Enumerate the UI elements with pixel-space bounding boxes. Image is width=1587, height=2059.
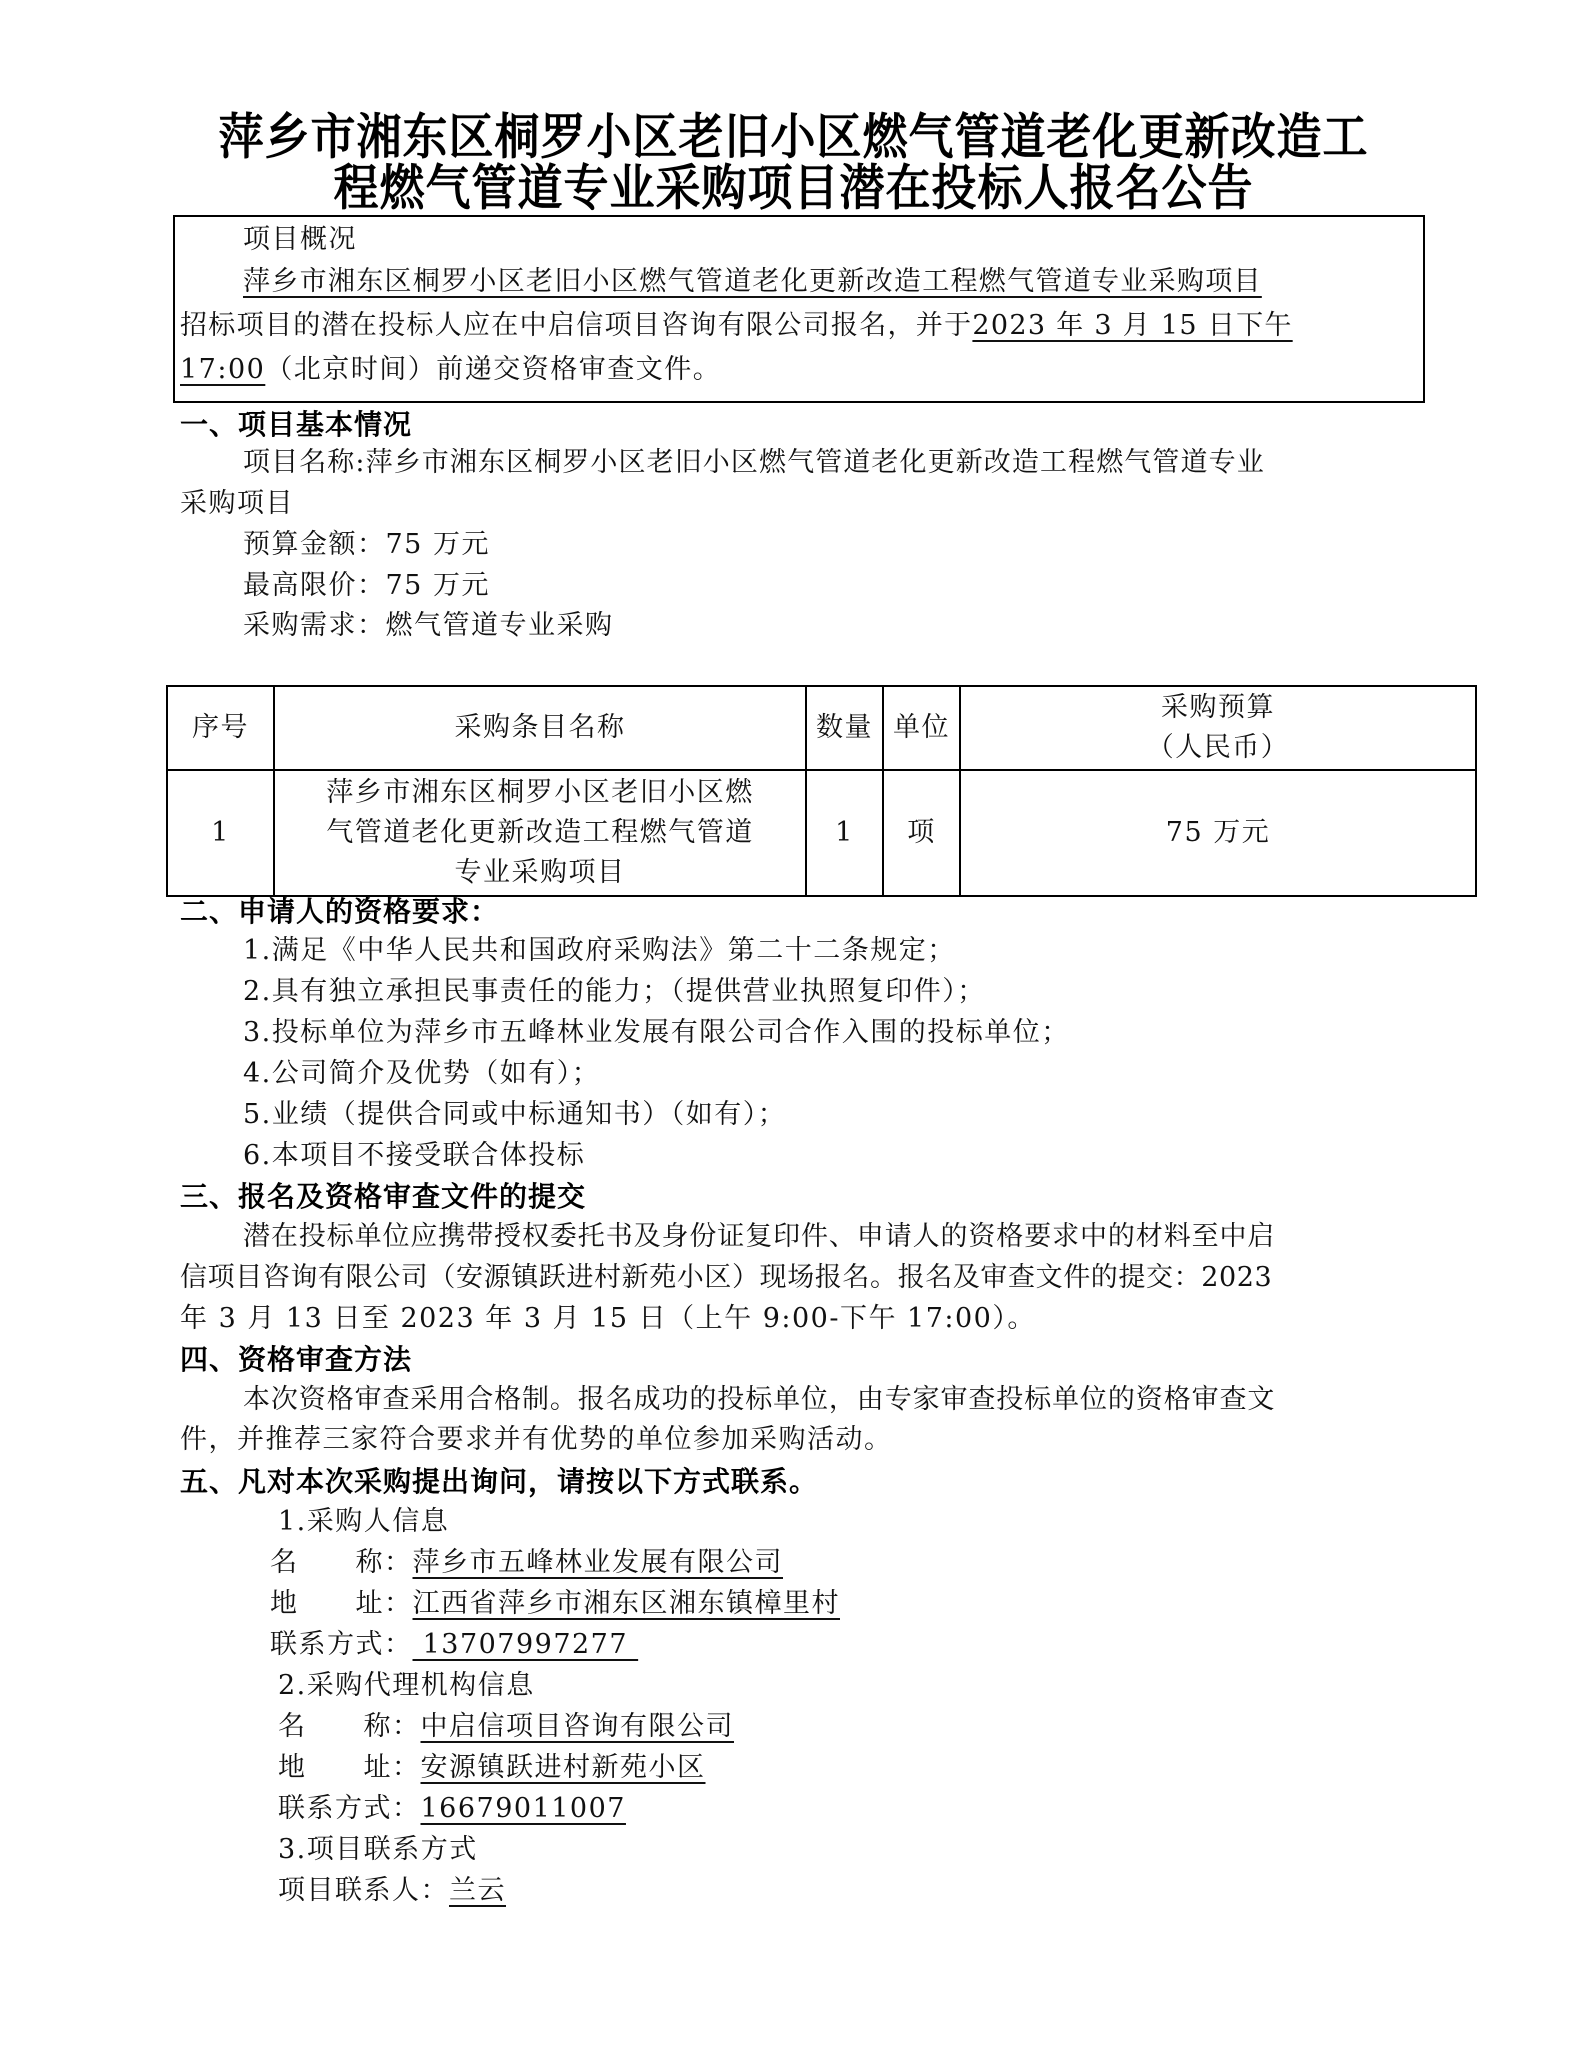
- procurement-demand: 采购需求：燃气管道专业采购: [243, 606, 614, 646]
- agency-info-heading: 2.采购代理机构信息: [278, 1666, 535, 1706]
- overview-deadline-note: （北京时间）前递交资格审查文件。: [265, 354, 721, 385]
- project-name-line-1: 项目名称:萍乡市湘东区桐罗小区老旧小区燃气管道老化更新改造工程燃气管道专业: [243, 443, 1265, 483]
- document-title-line-2: 程燃气管道专业采购项目潜在投标人报名公告: [0, 148, 1587, 218]
- agency-address-label: 地 址：: [278, 1752, 421, 1783]
- agency-address-value: 安源镇跃进村新苑小区: [421, 1752, 706, 1783]
- agency-contact-label: 联系方式：: [278, 1793, 421, 1824]
- purchaser-name-value: 萍乡市五峰林业发展有限公司: [413, 1547, 784, 1578]
- project-name-line-2: 采购项目: [180, 484, 294, 524]
- project-contact-heading: 3.项目联系方式: [278, 1830, 478, 1870]
- overview-line-3: 17:00（北京时间）前递交资格审查文件。: [180, 350, 721, 390]
- max-price: 最高限价：75 万元: [243, 566, 490, 606]
- overview-heading: 项目概况: [243, 220, 357, 260]
- purchaser-address-label: 地 址：: [270, 1588, 413, 1619]
- section-5-heading: 五、凡对本次采购提出询问，请按以下方式联系。: [180, 1460, 818, 1500]
- review-method-line-1: 本次资格审查采用合格制。报名成功的投标单位，由专家审查投标单位的资格审查文: [243, 1380, 1275, 1420]
- overview-line-2: 招标项目的潜在投标人应在中启信项目咨询有限公司报名，并于2023 年 3 月 1…: [180, 306, 1293, 346]
- requirement-2: 2.具有独立承担民事责任的能力；（提供营业执照复印件）；: [243, 972, 986, 1012]
- header-unit: 单位: [883, 686, 960, 770]
- requirement-4: 4.公司简介及优势（如有）；: [243, 1054, 600, 1094]
- purchaser-contact-label: 联系方式：: [270, 1629, 413, 1660]
- cell-quantity: 1: [806, 770, 883, 896]
- purchaser-name-row: 名 称：萍乡市五峰林业发展有限公司: [270, 1543, 783, 1583]
- overview-deadline-time: 17:00: [180, 354, 265, 385]
- agency-phone-value: 16679011007: [421, 1793, 626, 1824]
- cell-item-name-line-3: 专业采购项目: [281, 853, 799, 893]
- header-budget-line-1: 采购预算: [967, 688, 1469, 728]
- procurement-table: 序号 采购条目名称 数量 单位 采购预算 （人民币） 1 萍乡市湘东区桐罗小区老…: [166, 685, 1477, 897]
- header-item-name: 采购条目名称: [274, 686, 806, 770]
- table-row: 1 萍乡市湘东区桐罗小区老旧小区燃 气管道老化更新改造工程燃气管道 专业采购项目…: [167, 770, 1476, 896]
- project-contact-person: 兰云: [449, 1875, 506, 1906]
- requirement-3: 3.投标单位为萍乡市五峰林业发展有限公司合作入围的投标单位；: [243, 1013, 1070, 1053]
- project-contact-label: 项目联系人：: [278, 1875, 449, 1906]
- agency-name-row: 名 称：中启信项目咨询有限公司: [278, 1707, 734, 1747]
- cell-item-name-line-1: 萍乡市湘东区桐罗小区老旧小区燃: [281, 773, 799, 813]
- submission-line-3: 年 3 月 13 日至 2023 年 3 月 15 日（上午 9:00-下午 1…: [180, 1299, 1036, 1339]
- review-method-line-2: 件，并推荐三家符合要求并有优势的单位参加采购活动。: [180, 1420, 893, 1460]
- cell-seq: 1: [167, 770, 274, 896]
- overview-project-name: 萍乡市湘东区桐罗小区老旧小区燃气管道老化更新改造工程燃气管道专业采购项目: [243, 262, 1262, 302]
- agency-name-value: 中启信项目咨询有限公司: [421, 1711, 735, 1742]
- agency-address-row: 地 址：安源镇跃进村新苑小区: [278, 1748, 706, 1788]
- project-contact-row: 项目联系人：兰云: [278, 1871, 506, 1911]
- budget-amount: 预算金额：75 万元: [243, 525, 490, 565]
- header-budget-line-2: （人民币）: [967, 728, 1469, 768]
- purchaser-info-heading: 1.采购人信息: [278, 1502, 449, 1542]
- section-1-heading: 一、项目基本情况: [180, 403, 412, 443]
- overview-registration-text: 招标项目的潜在投标人应在中启信项目咨询有限公司报名，并于: [180, 310, 972, 341]
- submission-line-1: 潜在投标单位应携带授权委托书及身份证复印件、申请人的资格要求中的材料至中启: [243, 1217, 1275, 1257]
- submission-line-2: 信项目咨询有限公司（安源镇跃进村新苑小区）现场报名。报名及审查文件的提交：202…: [180, 1258, 1272, 1298]
- agency-name-label: 名 称：: [278, 1711, 421, 1742]
- requirement-6: 6.本项目不接受联合体投标: [243, 1136, 585, 1176]
- section-3-heading: 三、报名及资格审查文件的提交: [180, 1175, 586, 1215]
- purchaser-name-label: 名 称：: [270, 1547, 413, 1578]
- cell-item-name-line-2: 气管道老化更新改造工程燃气管道: [281, 813, 799, 853]
- cell-unit: 项: [883, 770, 960, 896]
- requirement-1: 1.满足《中华人民共和国政府采购法》第二十二条规定；: [243, 931, 956, 971]
- cell-item-name: 萍乡市湘东区桐罗小区老旧小区燃 气管道老化更新改造工程燃气管道 专业采购项目: [274, 770, 806, 896]
- header-budget: 采购预算 （人民币）: [960, 686, 1476, 770]
- header-quantity: 数量: [806, 686, 883, 770]
- purchaser-phone-value: 13707997277: [413, 1629, 639, 1660]
- requirement-5: 5.业绩（提供合同或中标通知书）（如有）；: [243, 1095, 786, 1135]
- purchaser-address-row: 地 址：江西省萍乡市湘东区湘东镇樟里村: [270, 1584, 840, 1624]
- overview-deadline-date: 2023 年 3 月 15 日下午: [972, 310, 1292, 341]
- table-header-row: 序号 采购条目名称 数量 单位 采购预算 （人民币）: [167, 686, 1476, 770]
- agency-contact-row: 联系方式：16679011007: [278, 1789, 626, 1829]
- purchaser-contact-row: 联系方式： 13707997277: [270, 1625, 638, 1665]
- header-seq: 序号: [167, 686, 274, 770]
- section-2-heading: 二、申请人的资格要求：: [180, 890, 499, 930]
- cell-budget: 75 万元: [960, 770, 1476, 896]
- section-4-heading: 四、资格审查方法: [180, 1338, 412, 1378]
- purchaser-address-value: 江西省萍乡市湘东区湘东镇樟里村: [413, 1588, 841, 1619]
